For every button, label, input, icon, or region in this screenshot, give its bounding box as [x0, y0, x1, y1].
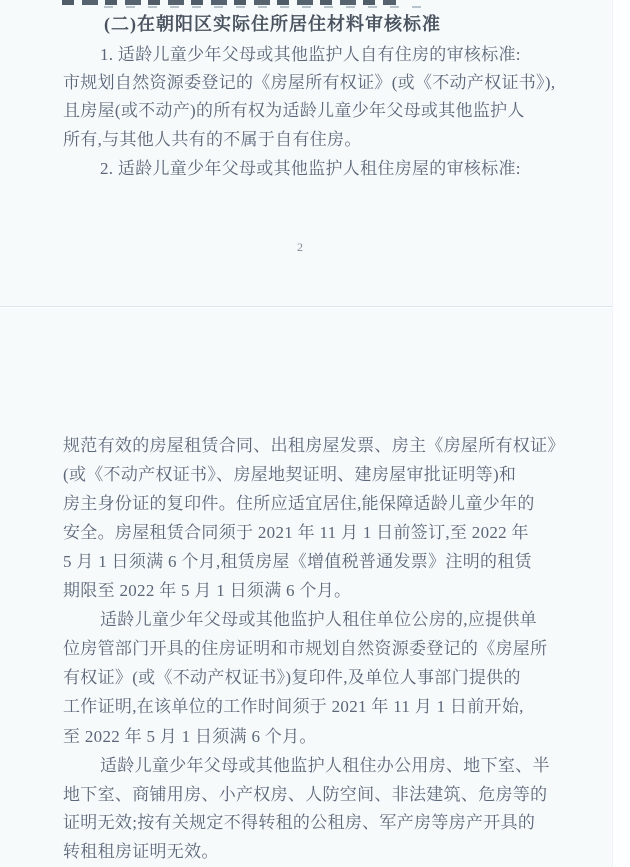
body-line: 市规划自然资源委登记的《房屋所有权证》(或《不动产权证书》),: [63, 71, 555, 95]
body-line: 位房管部门开具的住房证明和市规划自然资源委登记的《房屋所: [63, 637, 547, 661]
body-line: 适龄儿童少年父母或其他监护人租住办公用房、地下室、半: [100, 754, 550, 778]
page-number: 2: [0, 240, 600, 255]
body-line: 工作证明,在该单位的工作时间须于 2021 年 11 月 1 日前开始,: [63, 695, 524, 719]
body-line: 有权证》(或《不动产权证书》)复印件,及单位人事部门提供的: [63, 666, 521, 690]
body-line: 期限至 2022 年 5 月 1 日须满 6 个月。: [63, 579, 351, 603]
clipped-heading-fragment-faint: [104, 6, 424, 8]
body-line: 1. 适龄儿童少年父母或其他监护人自有住房的审核标准:: [100, 43, 521, 67]
body-line: 且房屋(或不动产)的所有权为适龄儿童少年父母或其他监护人: [63, 99, 525, 123]
body-line: 地下室、商铺用房、小产权房、人防空间、非法建筑、危房等的: [63, 783, 547, 807]
body-line: 房主身份证的复印件。住所应适宜居住,能保障适龄儿童少年的: [63, 492, 535, 516]
document-page-2: 规范有效的房屋租赁合同、出租房屋发票、房主《房屋所有权证》 (或《不动产权证书》…: [0, 308, 613, 867]
body-line: 转租租房证明无效。: [63, 840, 219, 864]
body-line: 安全。房屋租赁合同须于 2021 年 11 月 1 日前签订,至 2022 年: [63, 521, 529, 545]
body-line: 至 2022 年 5 月 1 日须满 6 个月。: [63, 725, 317, 749]
body-line: 2. 适龄儿童少年父母或其他监护人租住房屋的审核标准:: [100, 157, 521, 181]
document-page-1: (二)在朝阳区实际住所居住材料审核标准 1. 适龄儿童少年父母或其他监护人自有住…: [0, 0, 613, 307]
body-line: 规范有效的房屋租赁合同、出租房屋发票、房主《房屋所有权证》: [63, 434, 565, 458]
body-line: 所有,与其他人共有的不属于自有住房。: [63, 128, 362, 152]
body-line: (或《不动产权证书》、房屋地契证明、建房屋审批证明等)和: [63, 463, 516, 487]
document-viewer: (二)在朝阳区实际住所居住材料审核标准 1. 适龄儿童少年父母或其他监护人自有住…: [0, 0, 630, 867]
clipped-heading-fragment: [62, 0, 396, 5]
body-line: 适龄儿童少年父母或其他监护人租住单位公房的,应提供单: [100, 608, 537, 632]
section-heading: (二)在朝阳区实际住所居住材料审核标准: [104, 12, 441, 36]
body-line: 5 月 1 日须满 6 个月,租赁房屋《增值税普通发票》注明的租赁: [63, 550, 532, 574]
body-line: 证明无效;按有关规定不得转租的公租房、军产房等房产开具的: [63, 811, 535, 835]
